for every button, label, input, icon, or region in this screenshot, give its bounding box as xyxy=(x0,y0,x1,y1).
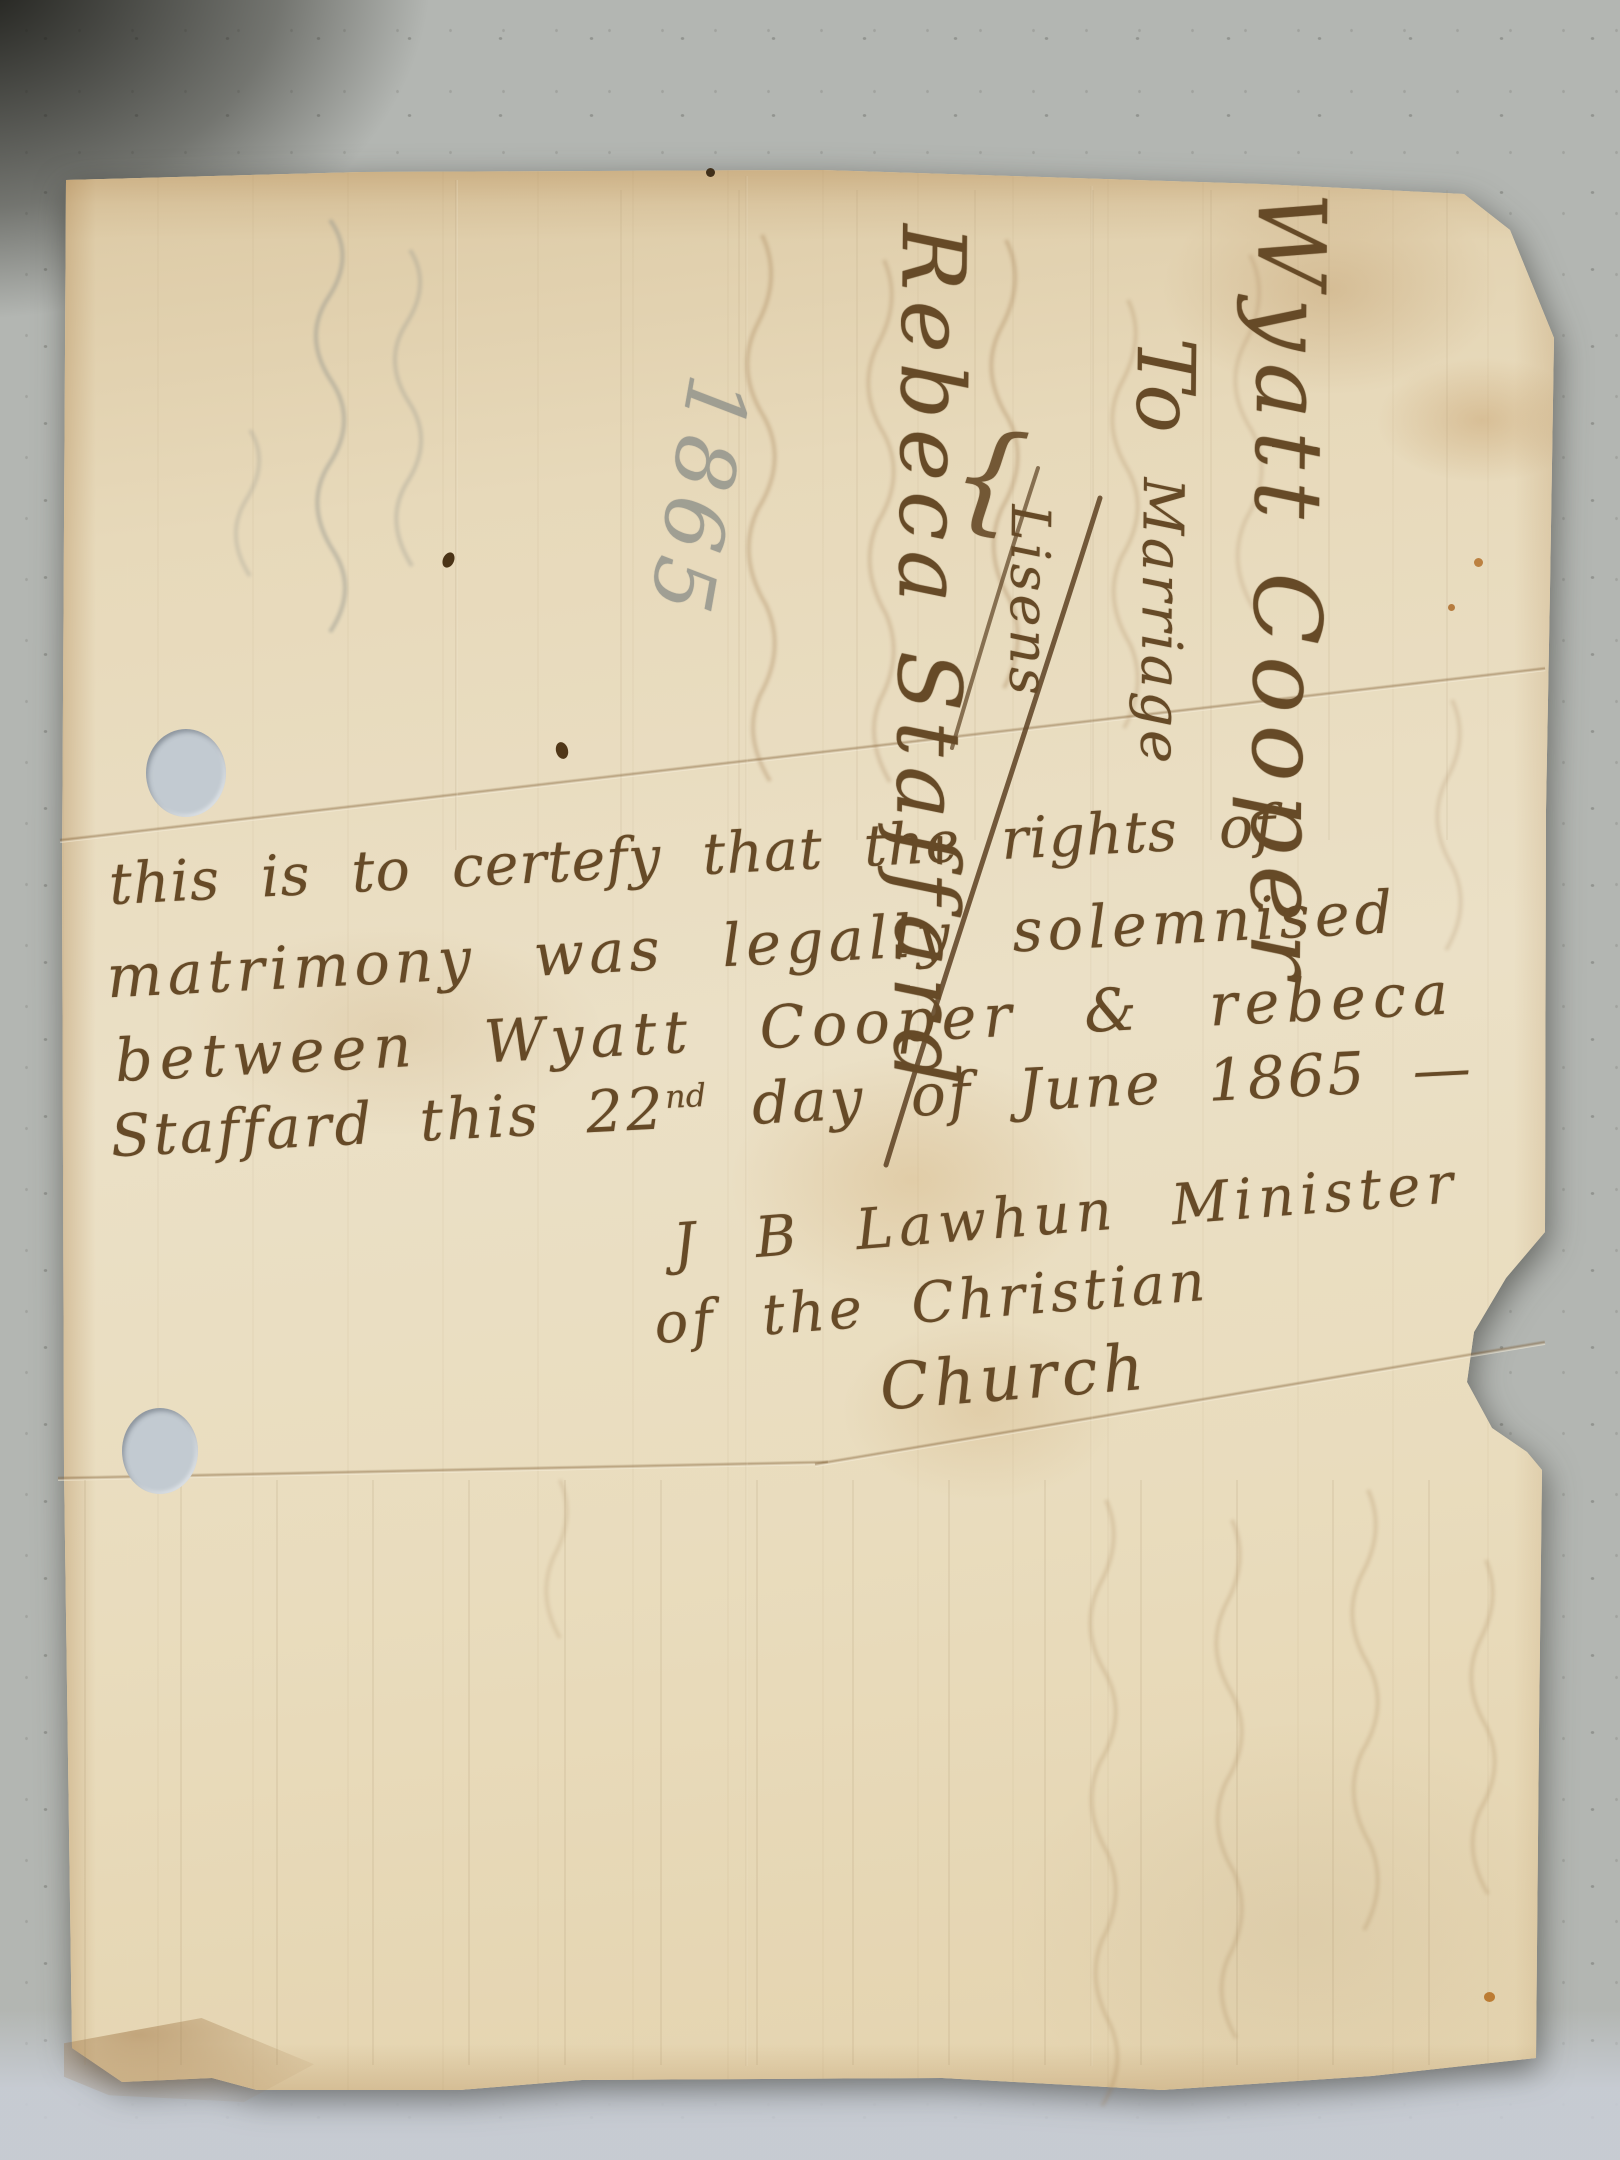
ordinal-superscript: nd xyxy=(664,1076,707,1116)
punch-hole-top xyxy=(146,729,226,817)
vertical-fold-line xyxy=(455,180,458,850)
docket-type-lisens: Lisens xyxy=(997,504,1062,698)
ruled-lines-bleedthrough xyxy=(620,190,1520,840)
docket-type-marriage: Marriage xyxy=(1127,477,1195,766)
rust-speck xyxy=(1448,604,1455,611)
ink-speck xyxy=(706,168,715,177)
signature-church-line-2: Church xyxy=(877,1331,1151,1426)
docket-to-label: To xyxy=(1118,337,1212,433)
ruled-lines-bleedthrough xyxy=(84,1480,1524,2065)
photo-of-document: Wyatt Cooper To { Marriage Lisens Rebeca… xyxy=(0,0,1620,2160)
rust-speck xyxy=(1474,558,1483,567)
rust-speck xyxy=(1484,1992,1495,2002)
